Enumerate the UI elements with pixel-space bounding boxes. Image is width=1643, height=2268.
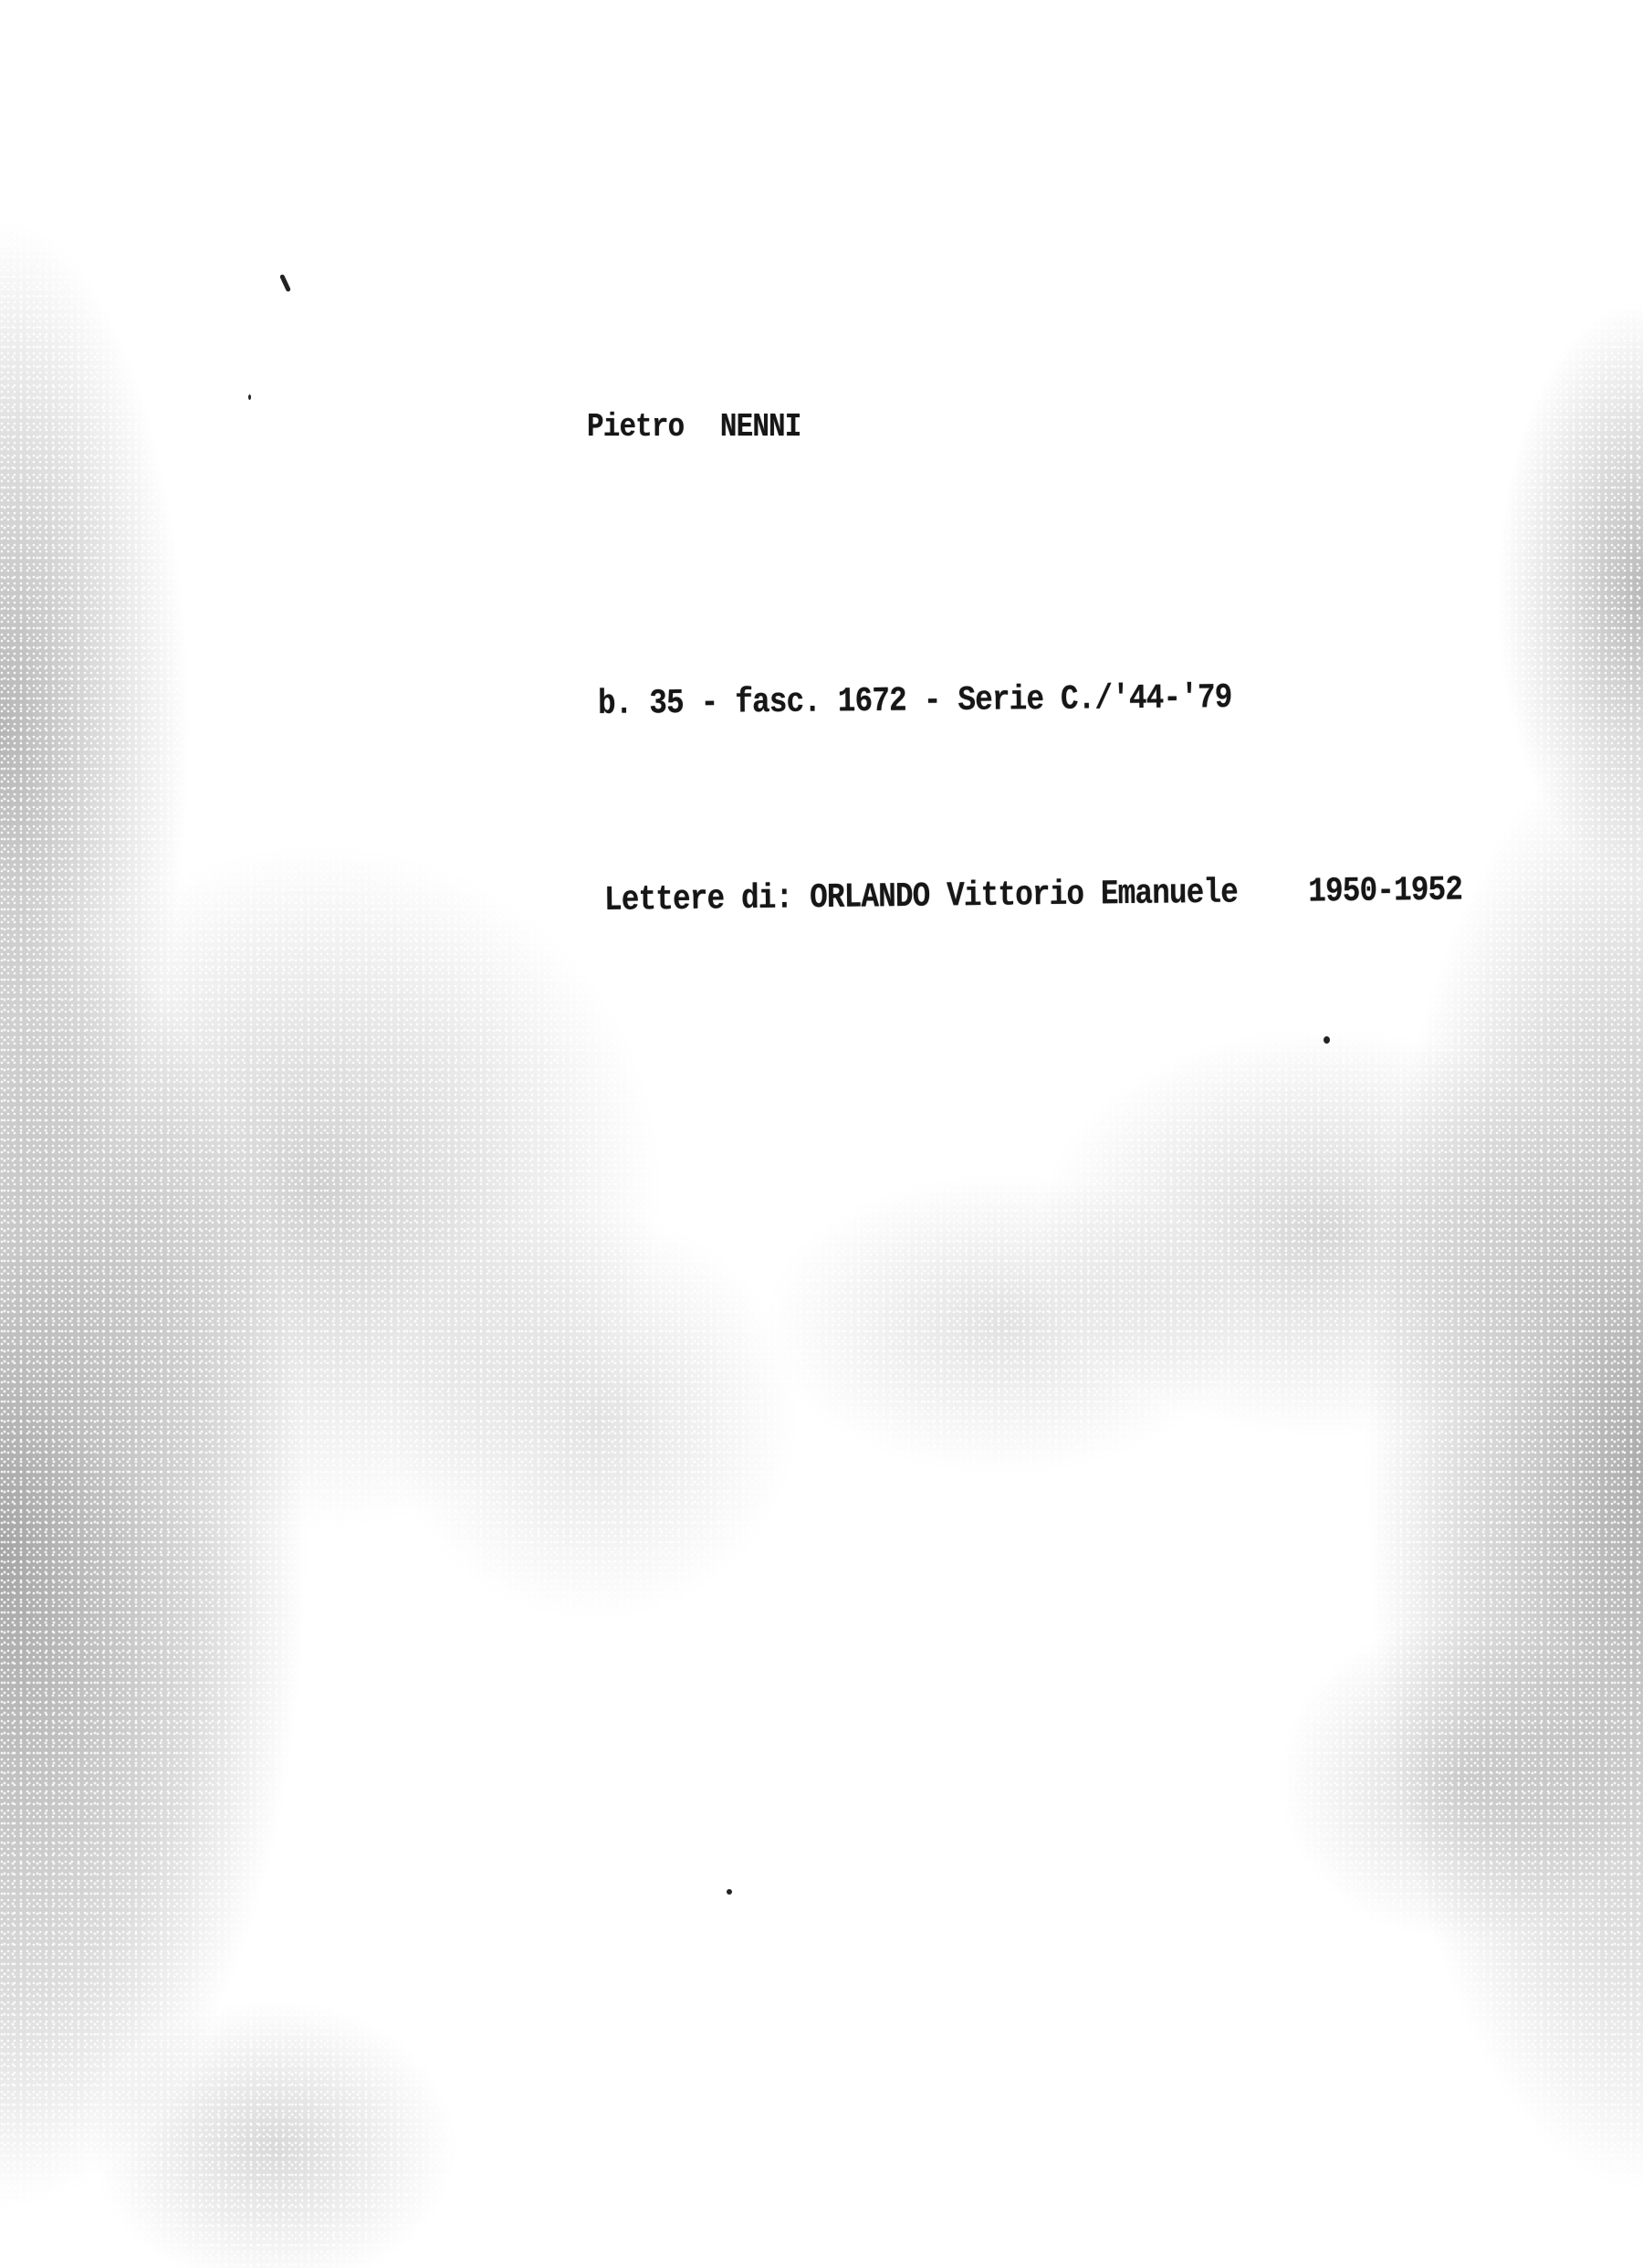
letters-date-range: 1950-1952 bbox=[1308, 871, 1462, 912]
letters-label: Lettere di: bbox=[604, 878, 793, 920]
separator: - bbox=[701, 684, 718, 723]
scan-grain bbox=[0, 0, 1643, 2268]
last-name: NENNI bbox=[720, 408, 801, 446]
scan-noise-left bbox=[0, 0, 1643, 2268]
separator: - bbox=[924, 681, 941, 720]
archive-reference-line: b. 35-fasc. 1672-Serie C./'44-'79 bbox=[598, 678, 1232, 724]
scan-noise-right bbox=[0, 0, 1643, 2268]
person-name-line: PietroNENNI bbox=[587, 408, 801, 446]
letters-line: Lettere di:ORLANDO Vittorio Emanuele1950… bbox=[604, 871, 1462, 920]
ink-speck bbox=[1324, 1036, 1330, 1044]
first-name: Pietro bbox=[587, 408, 684, 446]
scanned-page: PietroNENNI b. 35-fasc. 1672-Serie C./'4… bbox=[0, 0, 1643, 2268]
ink-speck bbox=[248, 394, 251, 400]
busta-number: b. 35 bbox=[598, 684, 684, 724]
ink-speck bbox=[727, 1889, 732, 1895]
serie-label: Serie C./'44-'79 bbox=[958, 678, 1231, 720]
letters-author: ORLANDO Vittorio Emanuele bbox=[810, 874, 1238, 919]
fascicolo-number: fasc. 1672 bbox=[735, 682, 906, 723]
stray-ink-mark bbox=[279, 274, 291, 292]
